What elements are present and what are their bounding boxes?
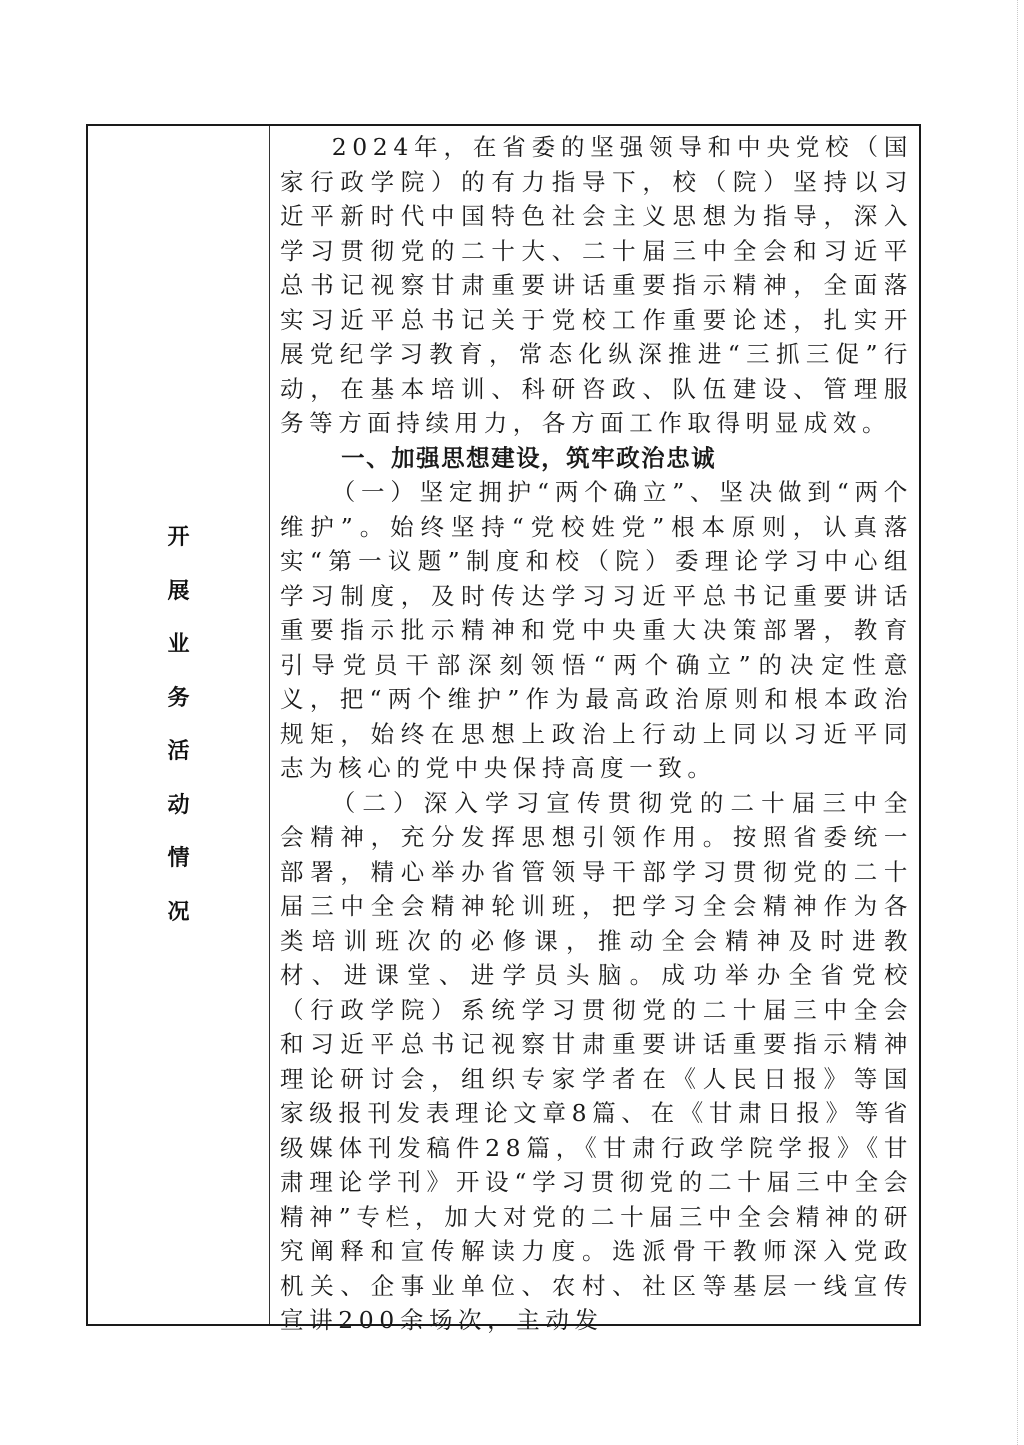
row-label-char: 动	[167, 794, 189, 816]
row-label-char: 展	[167, 580, 189, 602]
row-label-char: 务	[167, 687, 189, 709]
section-heading: 一、加强思想建设，筑牢政治忠诚	[280, 441, 913, 476]
scan-edge-line	[1016, 0, 1018, 1445]
row-label-char: 况	[167, 901, 189, 923]
row-label-char: 业	[167, 633, 189, 655]
row-label-vertical: 开 展 业 务 活 动 情 况	[88, 526, 269, 954]
row-content-cell: 2024年，在省委的坚强领导和中央党校（国家行政学院）的有力指导下，校（院）坚持…	[270, 126, 919, 1324]
report-table: 开 展 业 务 活 动 情 况 2024年，在省委的坚强领导和中央党校（国家行政…	[86, 124, 921, 1326]
row-label-cell: 开 展 业 务 活 动 情 况	[88, 126, 270, 1324]
subsection-paragraph-2: （二）深入学习宣传贯彻党的二十届三中全会精神，充分发挥思想引领作用。按照省委统一…	[280, 786, 913, 1338]
row-label-char: 活	[167, 740, 189, 762]
subsection-paragraph-1: （一）坚定拥护“两个确立”、坚决做到“两个维护”。始终坚持“党校姓党”根本原则，…	[280, 475, 913, 786]
row-label-char: 情	[167, 847, 189, 869]
intro-paragraph: 2024年，在省委的坚强领导和中央党校（国家行政学院）的有力指导下，校（院）坚持…	[280, 130, 913, 441]
row-label-char: 开	[167, 526, 189, 548]
